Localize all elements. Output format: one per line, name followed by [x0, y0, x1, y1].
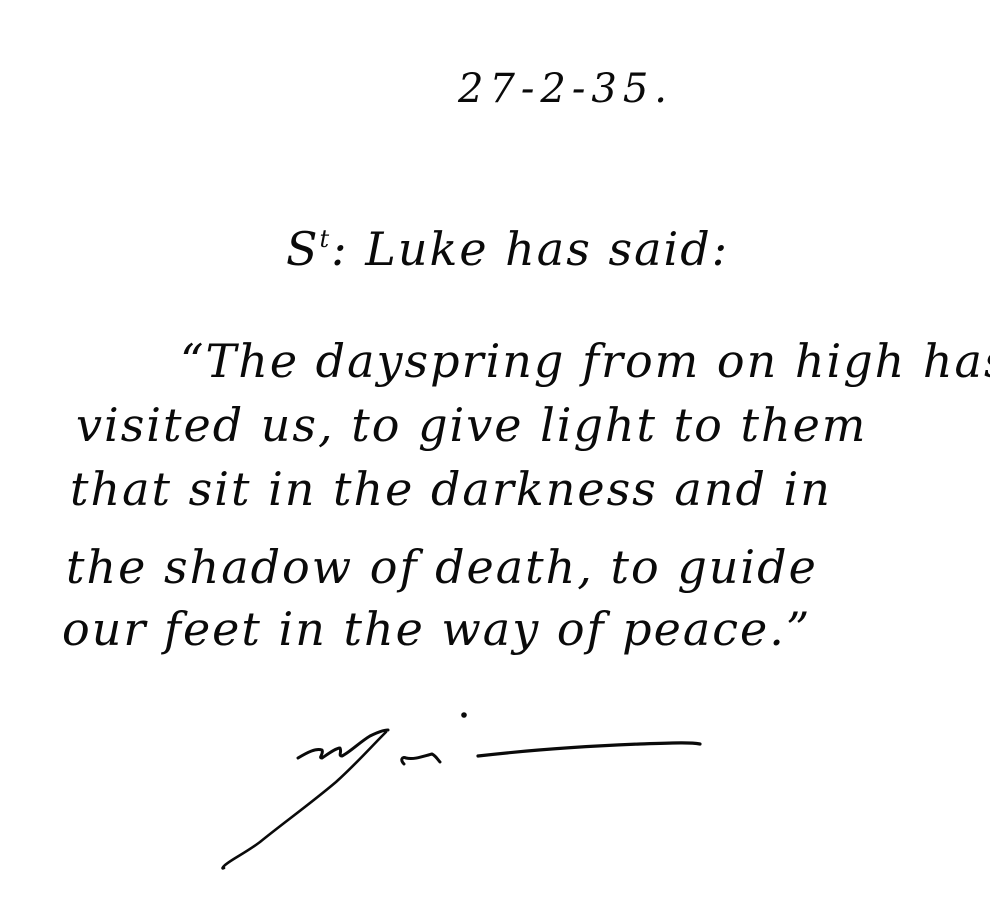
handwritten-letter-page: 27-2-35. St: Luke has said: “The dayspri… [0, 0, 990, 899]
heading-text: : Luke has said: [331, 222, 729, 276]
signature [210, 700, 750, 880]
heading-superscript: t [320, 225, 332, 253]
signature-dot [461, 712, 467, 718]
letter-heading: St: Luke has said: [286, 222, 729, 276]
quote-line: that sit in the darkness and in [70, 462, 832, 516]
heading-prefix: S [286, 222, 320, 276]
quote-line: visited us, to give light to them [76, 398, 867, 452]
quote-line: the shadow of death, to guide [66, 540, 818, 594]
quote-line: “The dayspring from on high has [180, 334, 990, 388]
quote-line: our feet in the way of peace.” [62, 602, 811, 656]
letter-date: 27-2-35. [458, 66, 673, 112]
